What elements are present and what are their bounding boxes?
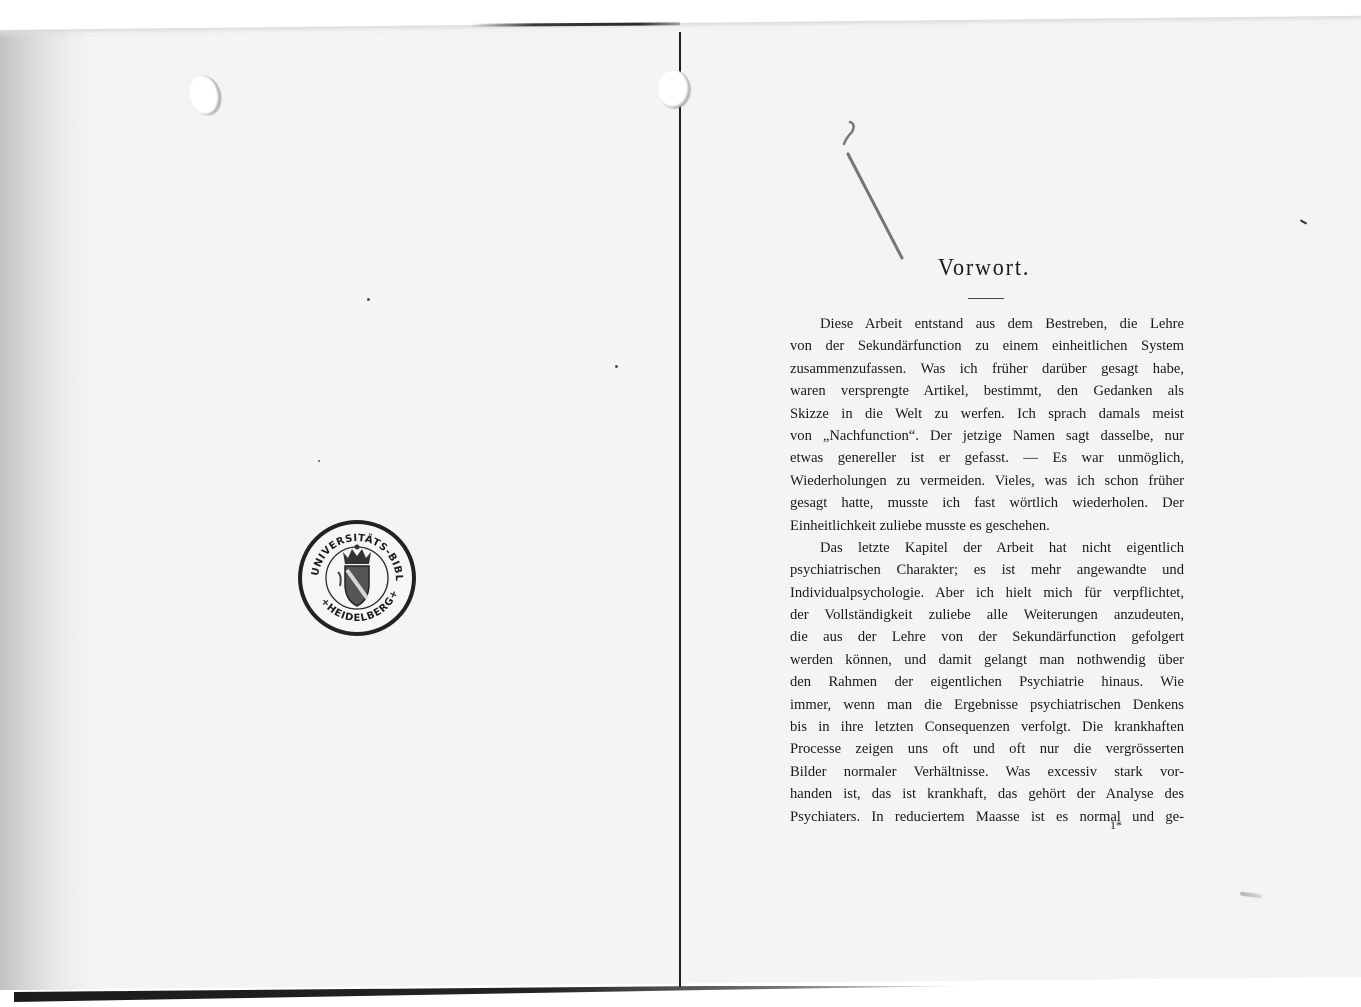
text-line: Diese Arbeit entstand aus dem Bestreben,… — [790, 313, 1184, 335]
paper-speck — [615, 365, 618, 368]
text-line: Bilder normaler Verhältnisse. Was excess… — [790, 761, 1184, 783]
preface-body: Diese Arbeit entstand aus dem Bestreben,… — [790, 313, 1184, 828]
text-line: Individualpsychologie. Aber ich hielt mi… — [790, 582, 1184, 604]
signature-mark: 1* — [1110, 818, 1122, 833]
text-line: Processe zeigen uns oft und oft nur die … — [790, 738, 1184, 760]
text-line: Psychiaters. In reduciertem Maasse ist e… — [790, 806, 1184, 828]
left-edge-shadow — [0, 30, 90, 990]
text-line: psychiatrischen Charakter; es ist mehr a… — [790, 559, 1184, 581]
text-line: die aus der Lehre von der Sekundärfuncti… — [790, 626, 1184, 648]
text-line: werden können, und damit gelangt man not… — [790, 649, 1184, 671]
text-line: Skizze in die Welt zu werfen. Ich sprach… — [790, 403, 1184, 425]
text-line: der Vollständigkeit zuliebe alle Weiteru… — [790, 604, 1184, 626]
text-line: Wiederholungen zu vermeiden. Vieles, was… — [790, 470, 1184, 492]
text-line: waren versprengte Artikel, bestimmt, den… — [790, 380, 1184, 402]
book-spine-fold — [679, 32, 681, 987]
text-line: den Rahmen der eigentlichen Psychiatrie … — [790, 671, 1184, 693]
text-line: gesagt hatte, musste ich fast wörtlich w… — [790, 492, 1184, 514]
text-line: Einheitlichkeit zuliebe musste es gesche… — [790, 515, 1184, 537]
scanned-spread: UNIVERSITÄTS-BIBLIOTHEK +HEIDELBERG+ Vor… — [0, 0, 1361, 1007]
paper-speck — [367, 298, 370, 301]
punch-hole-right — [658, 70, 690, 108]
text-line: von „Nachfunction“. Der jetzige Namen sa… — [790, 425, 1184, 447]
text-line: immer, wenn man die Ergebnisse psychiatr… — [790, 694, 1184, 716]
text-line: etwas genereller ist er gefasst. — Es wa… — [790, 447, 1184, 469]
text-line: handen ist, das ist krankhaft, das gehör… — [790, 783, 1184, 805]
text-line: Das letzte Kapitel der Arbeit hat nicht … — [790, 537, 1184, 559]
page-title: Vorwort. — [938, 255, 1030, 282]
stamp-graphic: UNIVERSITÄTS-BIBLIOTHEK +HEIDELBERG+ — [298, 520, 416, 636]
title-rule — [968, 298, 1004, 299]
text-line: bis in ihre letzten Consequenzen verfolg… — [790, 716, 1184, 738]
library-stamp-icon: UNIVERSITÄTS-BIBLIOTHEK +HEIDELBERG+ — [298, 520, 416, 636]
paper-speck — [318, 460, 320, 462]
text-line: von der Sekundärfunction zu einem einhei… — [790, 335, 1184, 357]
pencil-scribble-mark — [840, 118, 910, 268]
text-line: zusammenzufassen. Was ich früher darüber… — [790, 358, 1184, 380]
